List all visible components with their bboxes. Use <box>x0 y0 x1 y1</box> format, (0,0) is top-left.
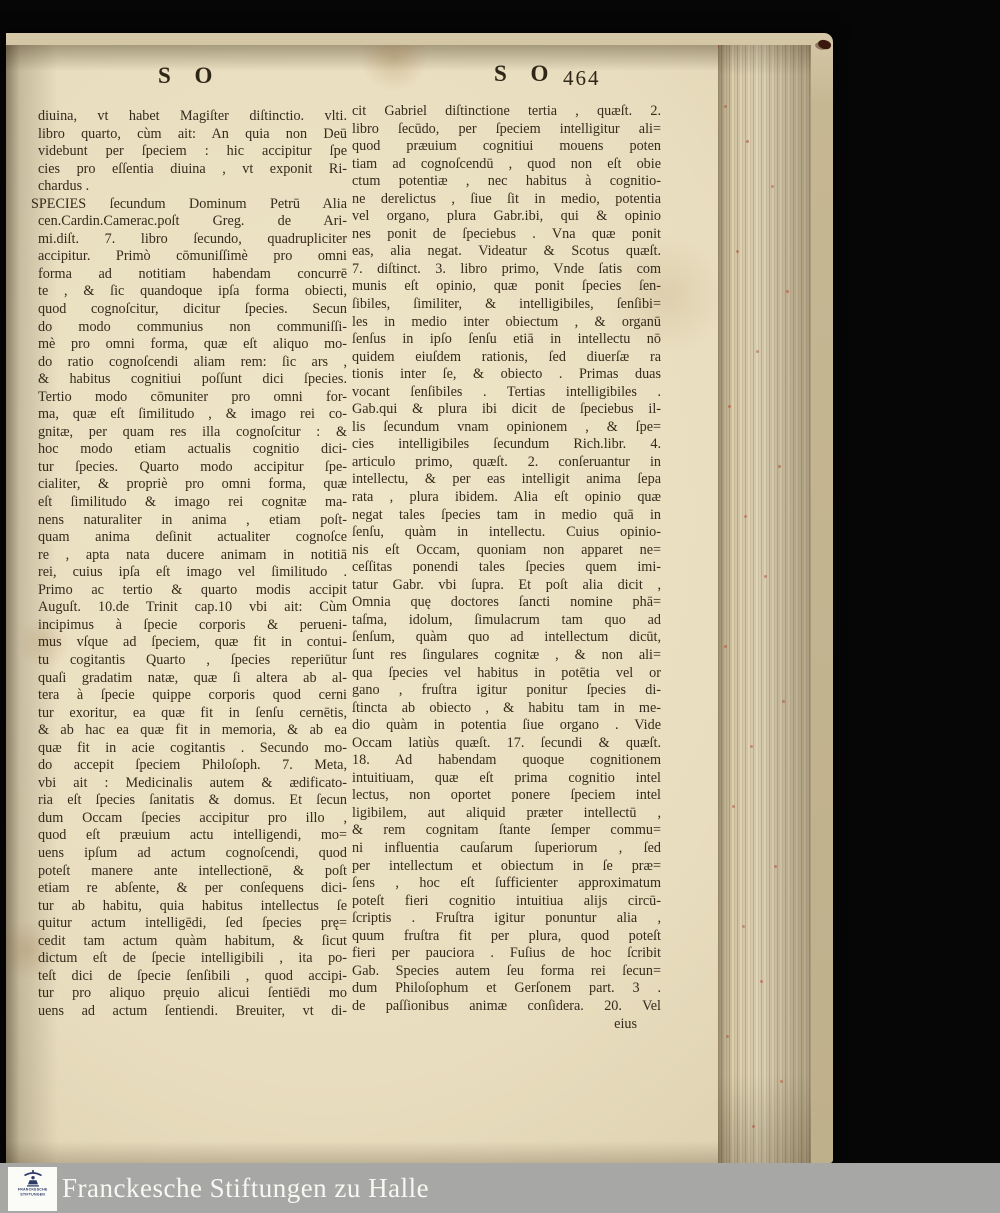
text-line: ceſſitas ponendi tales ſpecies quem imi- <box>352 559 661 577</box>
text-line: ligibilem, aut aliquid præter intellectū… <box>352 805 661 823</box>
text-line: Auguſt. 10.de Trinit cap.10 vbi ait: Cùm <box>38 599 347 617</box>
text-line: poteſt manere ante intellectionē, & poſt <box>38 863 347 881</box>
text-line: ni influentia cauſarum ſuperiorum , ſed <box>352 840 661 858</box>
text-line: te , & ſic quandoque ipſa forma obiecti, <box>38 283 347 301</box>
text-line: Tertio modo cōmuniter pro omni for- <box>38 389 347 407</box>
running-title-left: S O <box>158 63 221 89</box>
text-line: cedit tam actum quàm habitum, & ſicut <box>38 933 347 951</box>
text-line: intellectu, & per eas intelligit anima ſ… <box>352 471 661 489</box>
text-line: forma ad notitiam habendam concurrē <box>38 266 347 284</box>
text-line: de paſſionibus animæ conſidera. 20. Vel <box>352 998 661 1016</box>
text-line: ctum potentiæ , nec habitus à cognitio- <box>352 173 661 191</box>
text-line: ma, quæ eſt ſimilitudo , & imago rei co- <box>38 406 347 424</box>
text-line: tionis inter ſe, & obiecto . Primas duas <box>352 366 661 384</box>
text-line: intuitiuam, quæ eſt prima cognitio intel <box>352 770 661 788</box>
text-line: tur ſpecies. Quarto modo accipitur ſpe- <box>38 459 347 477</box>
institution-name: Franckesche Stiftungen zu Halle <box>62 1173 429 1204</box>
text-line: poteſt fieri cognitio intuitiua alijs ci… <box>352 893 661 911</box>
scan-viewport: S O S O 464 diuina, vt habet Magiſter di… <box>0 0 1000 1213</box>
text-line: eſt ſimilitudo & imago rei cognitæ ma- <box>38 494 347 512</box>
text-line: articulo primo, quæſt. 2. conſeruantur i… <box>352 454 661 472</box>
text-line: ne derelictus , ſiue ſit in medio, poten… <box>352 191 661 209</box>
text-line: negat tales ſpecies tam in medio quā in <box>352 507 661 525</box>
text-line: videbunt per ſpeciem : hic accipitur ſpe <box>38 143 347 161</box>
text-line: hoc modo etiam actualis cognitio dici- <box>38 441 347 459</box>
text-line: rei, cuius ipſa eſt imago vel ſimilitudo… <box>38 564 347 582</box>
text-line: tera à ſpecie quippe corporis quod cerni <box>38 687 347 705</box>
text-line: gano , fruſtra igitur ponitur ſpecies di… <box>352 682 661 700</box>
text-line: do accepit ſpeciem Philoſoph. 7. Meta, <box>38 757 347 775</box>
text-line: lis ſecundum vnam opinionem , & ſpe= <box>352 419 661 437</box>
text-line: gnitæ, per quam res illa cognoſcitur : & <box>38 424 347 442</box>
text-line: & ab hac ea quæ fit in memoria, & ab ea <box>38 722 347 740</box>
text-line: 7. diſtinct. 3. libro primo, Vnde ſatis … <box>352 261 661 279</box>
text-line: tur ab habitu, quia habitus intellectus … <box>38 898 347 916</box>
text-line: quod præuium cognitiui mouens poten <box>352 138 661 156</box>
text-line: do ratio cognoſcendi aliam rem: ſic ars … <box>38 354 347 372</box>
text-line: tu cogitantis Quarto , ſpecies reperiūtu… <box>38 652 347 670</box>
text-line: incipimus à ſpecie corporis & perueni- <box>38 617 347 635</box>
text-line: uens ipſum ad actum cognoſcendi, quod <box>38 845 347 863</box>
book-page: S O S O 464 diuina, vt habet Magiſter di… <box>6 45 718 1163</box>
text-line: tatur Gabr. vbi ſupra. Et poſt alia dici… <box>352 577 661 595</box>
text-line: dum Philoſophum et Gerſonem part. 3 . <box>352 980 661 998</box>
text-line: diuina, vt habet Magiſter diſtinctio. vl… <box>38 108 347 126</box>
text-line: 18. Ad habendam quoque cognitionem <box>352 752 661 770</box>
text-line: mè pro omni forma, quæ eſt aliquo mo- <box>38 336 347 354</box>
text-line: cies pro eſſentia diuina , vt exponit Ri… <box>38 161 347 179</box>
text-line: ſenſum, quàm quo ad intellectum dicūt, <box>352 629 661 647</box>
text-line: & habitus cognitiui poſſunt dici ſpecies… <box>38 371 347 389</box>
text-line: taſma, idolum, ſimulacrum tam quo ad <box>352 612 661 630</box>
text-line: uens ad actum ſentiendi. Breuiter, vt di… <box>38 1003 347 1021</box>
text-line: per intellectum et obiectum in ſe præ= <box>352 858 661 876</box>
text-line: libro ſecūdo, per ſpeciem intelligitur a… <box>352 121 661 139</box>
text-line: ſens , hoc eſt ſufficienter approximatum <box>352 875 661 893</box>
page-number: 464 <box>563 66 601 91</box>
text-line: dictum eſt de ſpecie intelligibili , ita… <box>38 950 347 968</box>
text-line: ſunt res ſingulares cognitæ , & non ali= <box>352 647 661 665</box>
text-line: cen.Cardin.Camerac.poſt Greg. de Ari- <box>38 213 347 231</box>
text-line: SPECIES ſecundum Dominum Petrū Alia <box>31 196 347 214</box>
text-line: ſenſus in ipſo ſenſu etiā in intellectu … <box>352 331 661 349</box>
text-line: vel organo, plura Gabr.ibi, qui & opinio <box>352 208 661 226</box>
text-line: quæ fit in acie cogitantis . Secundo mo- <box>38 740 347 758</box>
text-line: cit Gabriel diſtinctione tertia , quæſt.… <box>352 103 661 121</box>
text-line: libro quarto, cùm ait: An quia non Deū <box>38 126 347 144</box>
text-column-left: diuina, vt habet Magiſter diſtinctio. vl… <box>38 108 347 1020</box>
text-line: quod cognoſcitur, dicitur ſpecies. Secun <box>38 301 347 319</box>
text-line: re , apta nata ducere animam in notitiā <box>38 547 347 565</box>
text-line: ria eſt ſpecies ſanitatis & domus. Et ſe… <box>38 792 347 810</box>
text-line: accipitur. Primò cōmuniſſimè pro omni <box>38 248 347 266</box>
text-line: ſibiles, ſimiliter, & intelligibiles, ſe… <box>352 296 661 314</box>
text-line: cialiter, & propriè pro omni forma, quæ <box>38 476 347 494</box>
institution-logo: FRANCKESCHE STIFTUNGEN <box>8 1167 57 1211</box>
text-line: Primo ac tertio & quarto modis accipit <box>38 582 347 600</box>
text-line: vbi ait : Medicinalis autem & ædificato- <box>38 775 347 793</box>
text-line: quum fruſtra fit per plura, quod poteſt <box>352 928 661 946</box>
text-line: etiam re abſente, & per conſequens dici- <box>38 880 347 898</box>
text-line: quitur actum intelligēdi, ſed ſpecies pr… <box>38 915 347 933</box>
text-line: ſcriptis . Fruſtra igitur ponuntur alia … <box>352 910 661 928</box>
text-line: Omnia quę doctores ſancti nomine phā= <box>352 594 661 612</box>
text-line: qua ſpecies vel habitus in potētia vel o… <box>352 665 661 683</box>
text-line: ſtincta ab obiecto , & habitu tam in me- <box>352 700 661 718</box>
text-line: vocant ſenſibiles . Tertias intelligibil… <box>352 384 661 402</box>
text-line: nis eſt Occam, quoniam non apparet ne= <box>352 542 661 560</box>
text-line: tur pro aliquo pręuio alicui ſentiēdi mo <box>38 985 347 1003</box>
text-line: mus vſque ad ſpeciem, quæ fit in contui- <box>38 634 347 652</box>
text-line: teſt dici de ſpecie ſenſibili , quod acc… <box>38 968 347 986</box>
text-line: do modo communius non communiſſi- <box>38 319 347 337</box>
text-line: Occam latiùs quæſt. 17. ſecundi & quæſt. <box>352 735 661 753</box>
text-line: nes ponit de ſpeciebus . Vna quæ ponit <box>352 226 661 244</box>
footer-bar: Franckesche Stiftungen zu Halle <box>0 1163 1000 1213</box>
text-line: munis eſt opinio, quæ ponit ſpecies ſen- <box>352 278 661 296</box>
text-line: fieri per pauciora . Fuſius de hoc ſcrib… <box>352 945 661 963</box>
text-line: & rem cognitam ſtante ſemper commu= <box>352 822 661 840</box>
text-line: quidem eiuſdem rationis, ſed diuerſæ ra <box>352 349 661 367</box>
text-line: Gab. Species autem ſeu forma rei ſecun= <box>352 963 661 981</box>
text-column-right: cit Gabriel diſtinctione tertia , quæſt.… <box>352 103 661 1015</box>
catchword-row: eius <box>352 1016 661 1034</box>
book-fore-edge-pages <box>716 45 811 1163</box>
catchword: eius <box>352 1016 661 1034</box>
logo-text-line1: FRANCKESCHE <box>18 1188 48 1191</box>
text-line: les in medio inter obiectum , & organū <box>352 314 661 332</box>
text-line: quod eſt præuium actu intelligendi, mo= <box>38 827 347 845</box>
text-line: mi.diſt. 7. libro ſecundo, quadruplicite… <box>38 231 347 249</box>
text-line: cies intelligibiles ſecundum Rich.libr. … <box>352 436 661 454</box>
text-line: rata , plura ibidem. Alia eſt opinio quæ <box>352 489 661 507</box>
text-line: ſenſu, quàm in intellectu. Cuius opinio- <box>352 524 661 542</box>
text-line: lectus, non oportet ponere ſpeciem intel <box>352 787 661 805</box>
eagle-under-canopy-icon <box>22 1169 44 1188</box>
text-line: chardus . <box>38 178 347 196</box>
text-line: dum Occam ſpecies accipitur pro illo , <box>38 810 347 828</box>
text-line: nens naturaliter in anima , etiam poſt- <box>38 512 347 530</box>
text-line: quam anima deſinit actualiter cognoſce <box>38 529 347 547</box>
text-line: tiam ad cognoſcendū , quod non eſt obie <box>352 156 661 174</box>
text-line: eas, alia negat. Videatur & Scotus quæſt… <box>352 243 661 261</box>
running-title-right: S O <box>494 61 557 87</box>
text-line: dio quàm in potentia ſiue organo . Vide <box>352 717 661 735</box>
text-line: quaſi gradatim natæ, quæ ſi altera ab al… <box>38 670 347 688</box>
logo-text-line2: STIFTUNGEN <box>20 1193 45 1196</box>
text-line: tur exoritur, ea quæ fit in ſenſu cernēt… <box>38 705 347 723</box>
text-line: Gab.qui & plura ibi dicit de ſpeciebus i… <box>352 401 661 419</box>
